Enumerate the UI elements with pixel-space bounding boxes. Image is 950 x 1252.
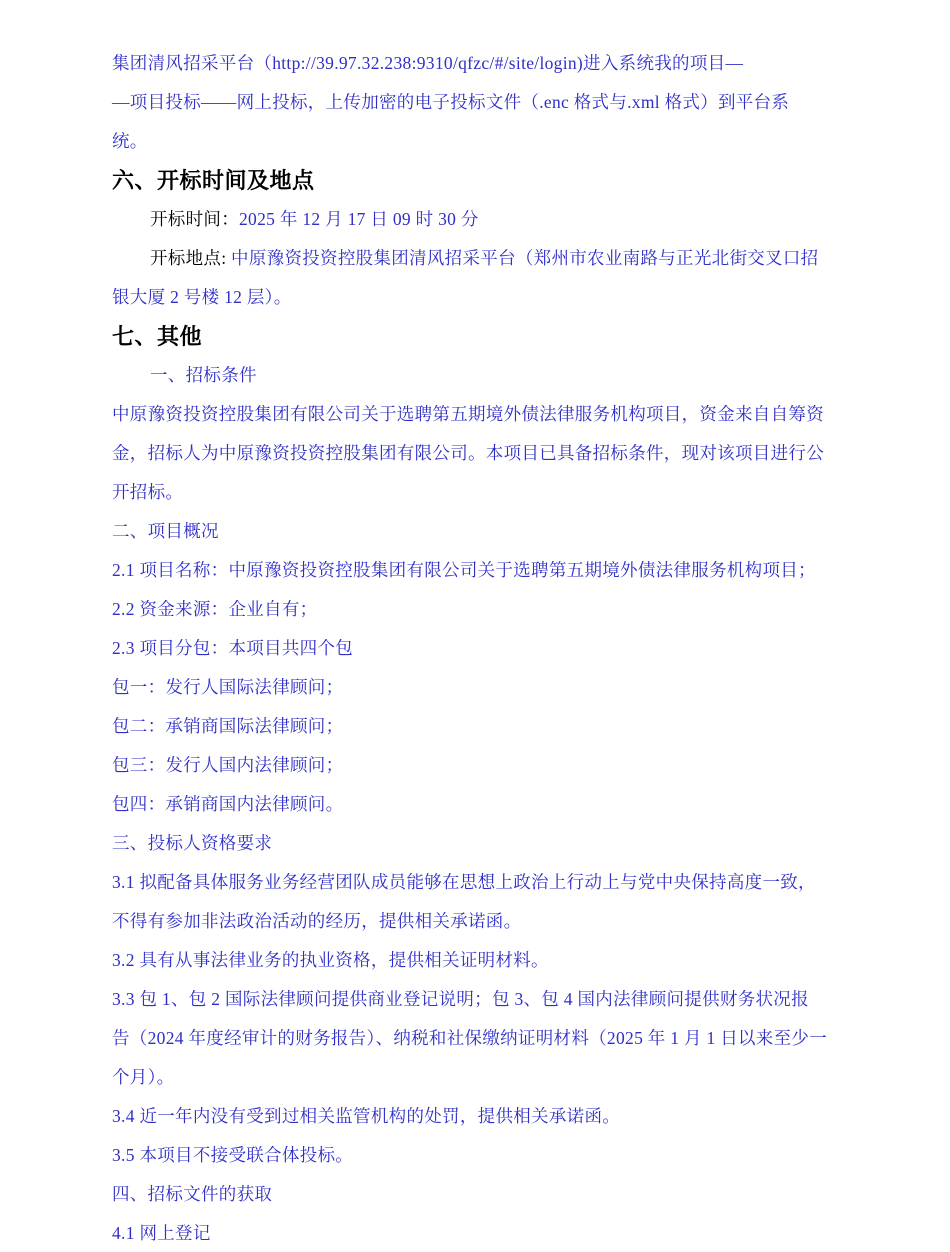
intro-line-1: 集团清风招采平台（http://39.97.32.238:9310/qfzc/#… bbox=[112, 44, 826, 83]
qualification-3-1-line-2: 不得有参加非法政治活动的经历，提供相关承诺函。 bbox=[112, 902, 826, 941]
bid-place-label: 开标地点: bbox=[150, 248, 231, 268]
project-overview-title: 二、项目概况 bbox=[112, 512, 826, 551]
bid-opening-place-line-1: 开标地点: 中原豫资投资控股集团清风招采平台（郑州市农业南路与正光北街交叉口招 bbox=[112, 239, 826, 278]
bid-opening-time-line: 开标时间：2025 年 12 月 17 日 09 时 30 分 bbox=[112, 200, 826, 239]
tender-conditions-line-1: 中原豫资投资控股集团有限公司关于选聘第五期境外债法律服务机构项目，资金来自自筹资 bbox=[112, 395, 826, 434]
intro-line-3: 统。 bbox=[112, 122, 826, 161]
intro-line-2: —项目投标——网上投标，上传加密的电子投标文件（.enc 格式与.xml 格式）… bbox=[112, 83, 826, 122]
package-4-line: 包四：承销商国内法律顾问。 bbox=[112, 785, 826, 824]
qualification-3-1-line-1: 3.1 拟配备具体服务业务经营团队成员能够在思想上政治上行动上与党中央保持高度一… bbox=[112, 863, 826, 902]
project-name-line: 2.1 项目名称：中原豫资投资控股集团有限公司关于选聘第五期境外债法律服务机构项… bbox=[112, 551, 826, 590]
bid-time-label: 开标时间： bbox=[150, 209, 239, 229]
online-registration-line: 4.1 网上登记 bbox=[112, 1214, 826, 1252]
tender-conditions-title: 一、招标条件 bbox=[112, 356, 826, 395]
bid-time-value: 2025 年 12 月 17 日 09 时 30 分 bbox=[239, 209, 479, 229]
qualification-3-5-line: 3.5 本项目不接受联合体投标。 bbox=[112, 1136, 826, 1175]
bid-place-value: 中原豫资投资控股集团清风招采平台（郑州市农业南路与正光北街交叉口招 bbox=[231, 248, 818, 268]
package-3-line: 包三：发行人国内法律顾问； bbox=[112, 746, 826, 785]
project-packages-line: 2.3 项目分包：本项目共四个包 bbox=[112, 629, 826, 668]
section-7-heading: 七、其他 bbox=[112, 317, 826, 356]
document-page: 集团清风招采平台（http://39.97.32.238:9310/qfzc/#… bbox=[0, 0, 950, 1252]
qualification-3-3-line-2: 告（2024 年度经审计的财务报告）、纳税和社保缴纳证明材料（2025 年 1 … bbox=[112, 1019, 826, 1058]
bidder-qualifications-title: 三、投标人资格要求 bbox=[112, 824, 826, 863]
funding-source-line: 2.2 资金来源：企业自有； bbox=[112, 590, 826, 629]
qualification-3-2-line: 3.2 具有从事法律业务的执业资格，提供相关证明材料。 bbox=[112, 941, 826, 980]
qualification-3-4-line: 3.4 近一年内没有受到过相关监管机构的处罚，提供相关承诺函。 bbox=[112, 1097, 826, 1136]
document-acquisition-title: 四、招标文件的获取 bbox=[112, 1175, 826, 1214]
qualification-3-3-line-1: 3.3 包 1、包 2 国际法律顾问提供商业登记说明；包 3、包 4 国内法律顾… bbox=[112, 980, 826, 1019]
tender-conditions-line-3: 开招标。 bbox=[112, 473, 826, 512]
tender-conditions-line-2: 金，招标人为中原豫资投资控股集团有限公司。本项目已具备招标条件，现对该项目进行公 bbox=[112, 434, 826, 473]
package-2-line: 包二：承销商国际法律顾问； bbox=[112, 707, 826, 746]
qualification-3-3-line-3: 个月）。 bbox=[112, 1058, 826, 1097]
section-6-heading: 六、开标时间及地点 bbox=[112, 161, 826, 200]
package-1-line: 包一：发行人国际法律顾问； bbox=[112, 668, 826, 707]
bid-opening-place-line-2: 银大厦 2 号楼 12 层）。 bbox=[112, 278, 826, 317]
